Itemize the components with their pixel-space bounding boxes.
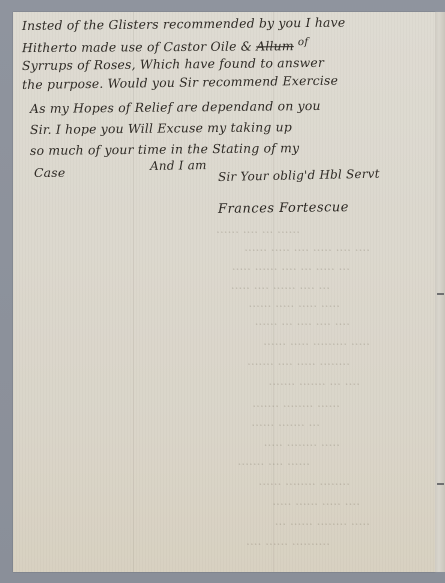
fold-line	[273, 12, 274, 572]
edge-mark	[437, 293, 444, 295]
interlined-word: of	[298, 36, 309, 48]
letter-line: Syrrups of Roses, Which have found to an…	[22, 55, 324, 73]
manuscript-page	[13, 12, 435, 572]
letter-line: Sir. I hope you Will Excuse my taking up	[30, 119, 292, 137]
bleed-line: ...... ........ .......	[252, 396, 340, 410]
letter-line: Hitherto made use of Castor Oile & Allum…	[22, 36, 308, 55]
bleed-line: ... ....... ......	[251, 415, 320, 429]
bleed-line: ...... ... .... ......	[216, 222, 300, 236]
signature: Frances Fortescue	[218, 200, 349, 217]
bleed-line: .... ..... ...... .....	[272, 494, 360, 508]
bleed-line: ........ ........ ......	[258, 474, 350, 488]
bleed-line: ..... ......... ..... ......	[263, 334, 370, 348]
bleed-line: ...... .... .......	[238, 454, 310, 468]
letter-line: Case	[34, 165, 65, 180]
bleed-line: .... .... ..... .... ..... ......	[244, 240, 370, 254]
bleed-line: ... .... ...... .... .....	[231, 278, 330, 292]
bleed-line: ........ ..... .... .......	[247, 354, 350, 368]
bleed-line: ..... ........ ...... ...	[275, 514, 370, 528]
struck-word: Allum	[256, 38, 294, 53]
letter-line: so much of your time in the Stating of m…	[30, 140, 299, 158]
bleed-line: .... ... ....... .......	[268, 374, 360, 388]
page-edge-strip	[435, 12, 445, 572]
bleed-line: ..... ..... ..... ......	[248, 296, 340, 310]
letter-line: As my Hopes of Relief are dependand on y…	[30, 98, 321, 116]
letter-line-text: Hitherto made use of Castor Oile &	[22, 39, 252, 56]
fold-line	[133, 12, 134, 572]
closing-line: And I am	[150, 158, 207, 173]
edge-mark	[437, 483, 444, 485]
bleed-line: ..... ........ .....	[264, 435, 340, 449]
bleed-line: .... .... .... ... ......	[255, 314, 350, 328]
bleed-line: .......... ...... ....	[246, 534, 330, 548]
bleed-line: ... ..... ... .... ...... .....	[232, 259, 350, 273]
